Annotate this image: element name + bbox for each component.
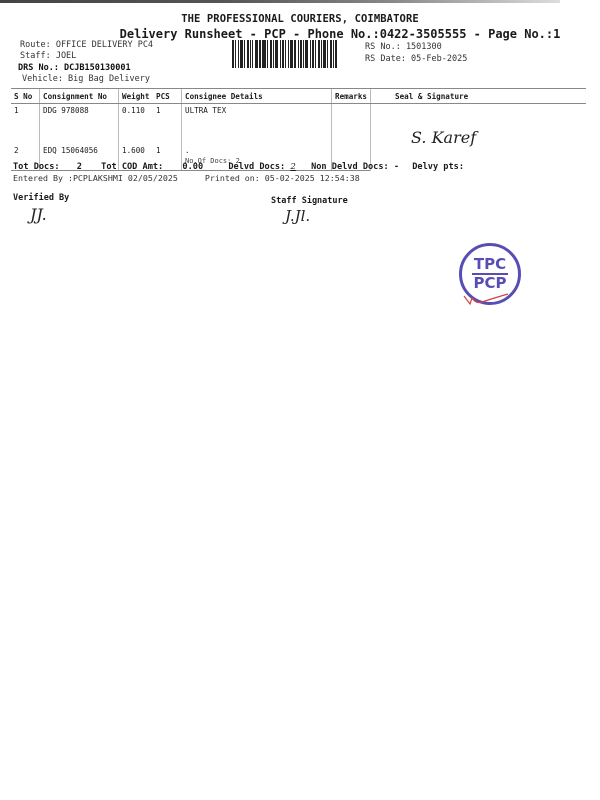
cell-pcs: 1: [153, 104, 182, 139]
entered-printed-line: Entered By :PCPLAKSHMI 02/05/2025 Printe…: [13, 173, 360, 183]
cell-remarks: [332, 104, 371, 139]
staff-signature-label: Staff Signature: [271, 196, 348, 206]
stamp-red-scribble: [462, 290, 512, 308]
stamp-line-2: PCP: [474, 276, 507, 291]
runsheet-subtitle: Delivery Runsheet - PCP - Phone No.:0422…: [80, 27, 600, 41]
delvy-pts-label: Delvy pts:: [412, 162, 464, 172]
col-sno: S No: [11, 89, 40, 104]
cell-signature: S. Karef: [371, 104, 586, 171]
tot-docs-value: 2: [77, 162, 82, 172]
consignee-name: .: [185, 146, 190, 155]
table-header-row: S No Consignment No Weight PCS Consignee…: [11, 89, 586, 104]
staff-signature: J.Jl.: [285, 207, 310, 225]
col-remarks: Remarks: [332, 89, 371, 104]
delvd-docs-value: 2: [290, 162, 295, 172]
staff-field: Staff: JOEL: [20, 51, 76, 61]
non-delvd-docs-value: -: [394, 162, 399, 172]
company-title: THE PROFESSIONAL COURIERS, COIMBATORE: [0, 13, 600, 25]
printed-on: Printed on: 05-02-2025 12:54:38: [205, 173, 360, 183]
cell-consignee: ULTRA TEX: [182, 104, 332, 139]
tot-cod-value: 0.00: [182, 162, 203, 172]
rs-date: RS Date: 05-Feb-2025: [365, 54, 467, 64]
delvd-docs-label: Delvd Docs:: [228, 162, 285, 172]
cell-sno: 1: [11, 104, 40, 139]
cell-consignment: DDG 978088: [40, 104, 119, 139]
rs-number: RS No.: 1501300: [365, 42, 442, 52]
runsheet-table: S No Consignment No Weight PCS Consignee…: [11, 88, 586, 171]
col-consignee: Consignee Details: [182, 89, 332, 104]
scan-edge-shadow: [0, 0, 560, 3]
verified-by-label: Verified By: [13, 193, 69, 203]
cell-weight: 0.110: [119, 104, 154, 139]
col-consignment: Consignment No: [40, 89, 119, 104]
handwritten-signature: S. Karef: [411, 128, 476, 147]
col-seal-signature: Seal & Signature: [371, 89, 586, 104]
tot-docs-label: Tot Docs:: [13, 162, 60, 172]
verified-signature: JJ.: [30, 205, 47, 224]
stamp-line-1: TPC: [474, 257, 506, 272]
tot-cod-label: Tot COD Amt:: [101, 162, 163, 172]
col-weight: Weight: [119, 89, 154, 104]
barcode: [232, 40, 362, 68]
drs-number: DRS No.: DCJB150130001: [18, 63, 131, 73]
table-row: 1 DDG 978088 0.110 1 ULTRA TEX S. Karef: [11, 104, 586, 139]
vehicle-field: Vehicle: Big Bag Delivery: [22, 74, 150, 84]
non-delvd-docs-label: Non Delvd Docs:: [311, 162, 389, 172]
col-pcs: PCS: [153, 89, 182, 104]
entered-by: Entered By :PCPLAKSHMI 02/05/2025: [13, 173, 178, 183]
totals-line: Tot Docs: 2 Tot COD Amt: 0.00 Delvd Docs…: [13, 162, 464, 172]
route-field: Route: OFFICE DELIVERY PC4: [20, 40, 153, 50]
